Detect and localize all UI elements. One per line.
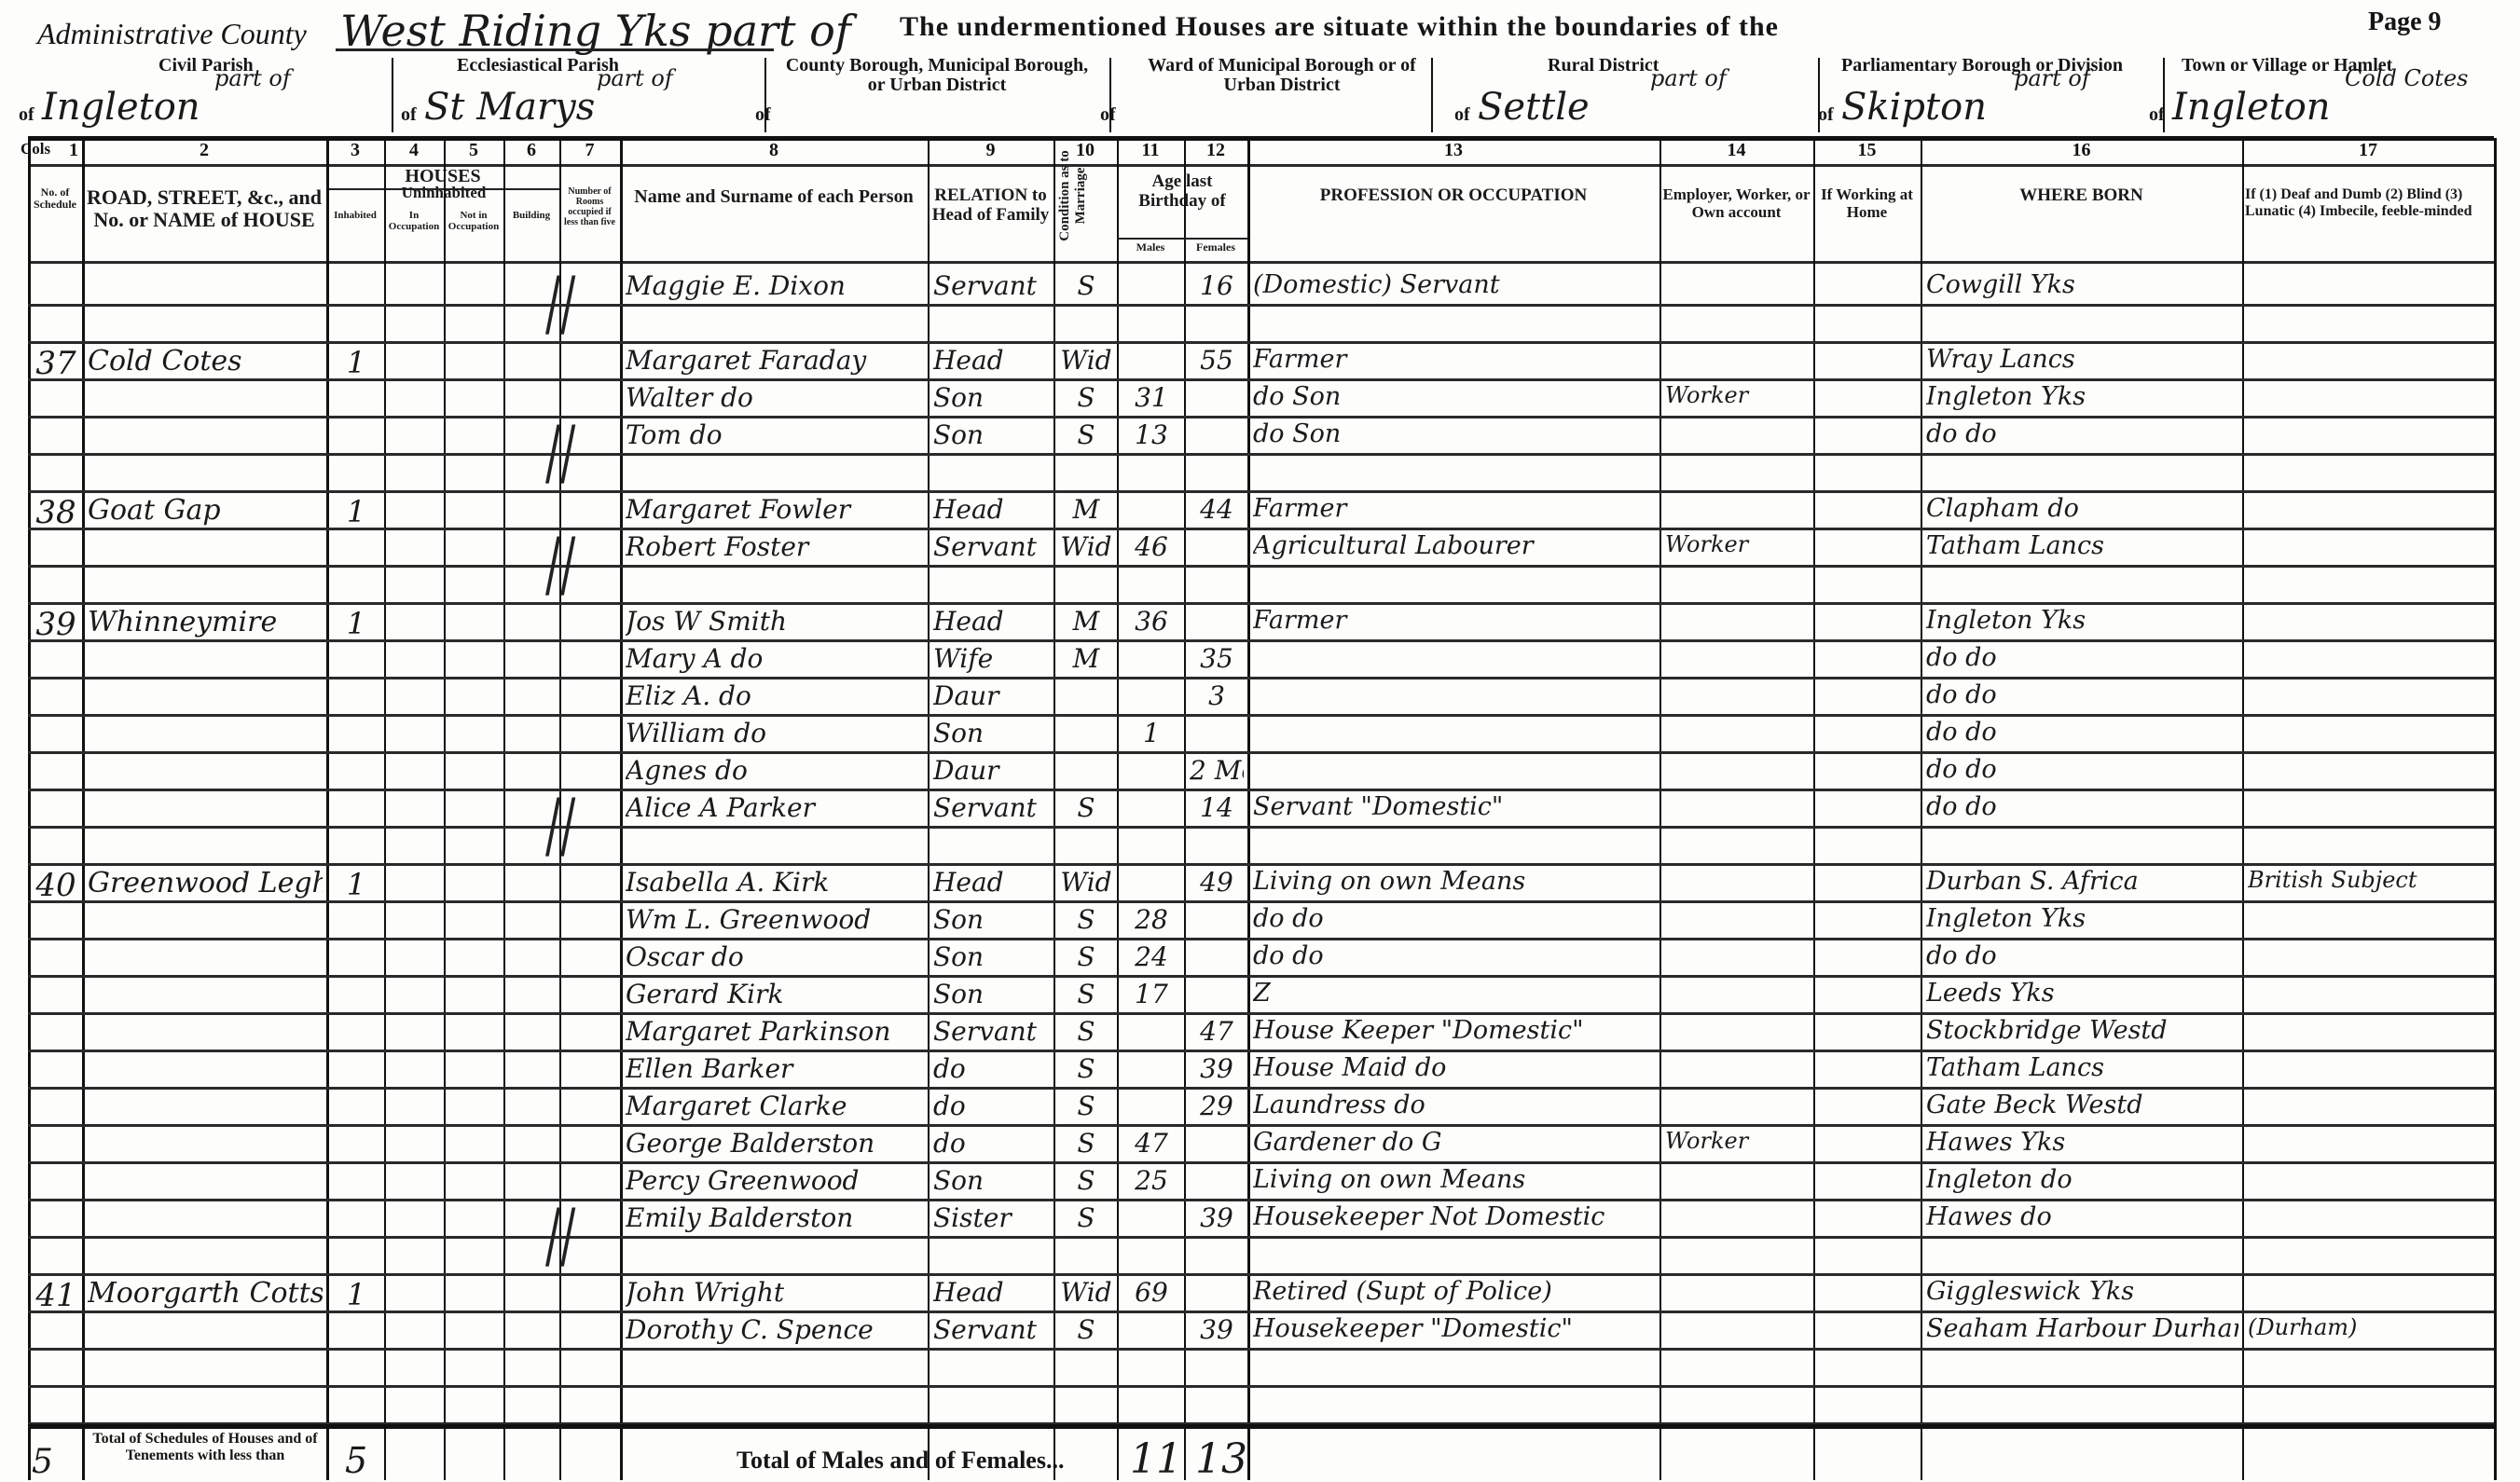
birthplace-cell: Ingleton Yks — [1926, 606, 2238, 635]
person-name-cell: Isabella A. Kirk — [626, 867, 924, 898]
condition-cell: S — [1059, 1314, 1113, 1345]
relation-cell: Son — [933, 382, 1050, 413]
table-row: Ellen BarkerdoS39House Maid doTatham Lan… — [0, 1053, 2520, 1091]
schedule-cell: 39 — [34, 606, 78, 643]
column-number: 1 — [65, 140, 82, 161]
header-not-in-occupation: Not in Occupation — [447, 210, 501, 232]
field-note-6: Cold Cotes — [2345, 65, 2468, 91]
person-name-cell: Oscar do — [626, 941, 924, 972]
header-road: ROAD, STREET, &c., and No. or NAME of HO… — [85, 186, 324, 231]
condition-cell: Wid — [1059, 867, 1113, 898]
person-name-cell: Margaret Parkinson — [626, 1016, 924, 1047]
page-label: Page — [2368, 7, 2422, 36]
person-name-cell: Gerard Kirk — [626, 979, 924, 1009]
person-name-cell: Mary A do — [626, 643, 924, 674]
condition-cell: S — [1059, 1202, 1113, 1233]
table-row: 37Cold Cotes1Margaret FaradayHeadWid55Fa… — [0, 345, 2520, 382]
male-age-cell: 24 — [1122, 941, 1180, 972]
column-number: 5 — [444, 140, 503, 161]
condition-cell: Wid — [1059, 531, 1113, 562]
header-name: Name and Surname of each Person — [623, 186, 925, 207]
field-value-6: Ingleton — [2172, 86, 2331, 129]
birthplace-cell: Cowgill Yks — [1926, 270, 2238, 299]
birthplace-cell: do do — [1926, 755, 2238, 784]
birthplace-cell: do do — [1926, 643, 2238, 672]
male-age-cell: 69 — [1122, 1277, 1180, 1308]
condition-cell: S — [1059, 1053, 1113, 1084]
table-row: 40Greenwood Legh1Isabella A. KirkHeadWid… — [0, 867, 2520, 904]
person-name-cell: Wm L. Greenwood — [626, 904, 924, 935]
birthplace-cell: Tatham Lancs — [1926, 531, 2238, 560]
table-row: 38Goat Gap1Margaret FowlerHeadM44FarmerC… — [0, 494, 2520, 531]
condition-cell: S — [1059, 1165, 1113, 1196]
column-number: 11 — [1117, 140, 1184, 161]
condition-cell: S — [1059, 419, 1113, 450]
of-label: of — [1100, 104, 1116, 126]
table-row: Eliz A. doDaur3do do — [0, 680, 2520, 718]
occupation-cell: (Domestic) Servant — [1253, 270, 1656, 299]
field-value-0: Ingleton — [42, 86, 200, 129]
birthplace-cell: Wray Lancs — [1926, 345, 2238, 374]
column-number: 7 — [559, 140, 620, 161]
footer-females-total: 13 — [1195, 1435, 1247, 1482]
relation-cell: Daur — [933, 680, 1050, 711]
birthplace-cell: Ingleton Yks — [1926, 382, 2238, 411]
occupation-cell: Servant "Domestic" — [1253, 792, 1656, 821]
occupation-cell: Farmer — [1253, 494, 1656, 523]
condition-cell: Wid — [1059, 345, 1113, 376]
header-inhabited: Inhabited — [329, 210, 381, 221]
male-age-cell: 25 — [1122, 1165, 1180, 1196]
female-age-cell: 3 — [1190, 680, 1244, 711]
infirmity-cell: British Subject — [2248, 867, 2490, 893]
header-bottom-rule — [28, 261, 2494, 264]
birthplace-cell: Leeds Yks — [1926, 979, 2238, 1008]
condition-cell: M — [1059, 494, 1113, 525]
birthplace-cell: do do — [1926, 941, 2238, 970]
footer-schedules-total: 5 — [32, 1443, 53, 1481]
footer-males-total: 11 — [1130, 1435, 1182, 1482]
female-age-cell: 49 — [1190, 867, 1244, 898]
occupation-cell: do do — [1253, 904, 1656, 933]
person-name-cell: Margaret Faraday — [626, 345, 924, 376]
occupation-cell: Gardener do G — [1253, 1128, 1656, 1157]
field-label-3: Ward of Municipal Borough or of Urban Di… — [1137, 56, 1426, 95]
female-age-cell: 16 — [1190, 270, 1244, 301]
relation-cell: Son — [933, 979, 1050, 1009]
relation-cell: Wife — [933, 643, 1050, 674]
field-value-1: St Marys — [424, 86, 595, 129]
employer-cell: Worker — [1665, 382, 1810, 408]
field-note-5: part of — [2014, 65, 2090, 91]
condition-cell: S — [1059, 979, 1113, 1009]
occupation-cell: Housekeeper "Domestic" — [1253, 1314, 1656, 1343]
column-number: 13 — [1247, 140, 1659, 161]
header-where-born: WHERE BORN — [1923, 186, 2239, 206]
table-row: Emily BalderstonSisterS39Housekeeper Not… — [0, 1202, 2520, 1240]
inhabited-cell: 1 — [332, 867, 380, 902]
person-name-cell: Margaret Fowler — [626, 494, 924, 525]
inhabited-cell: 1 — [332, 606, 380, 641]
field-divider — [1818, 58, 1820, 132]
relation-cell: Servant — [933, 1314, 1050, 1345]
birthplace-cell: Hawes do — [1926, 1202, 2238, 1231]
female-age-cell: 39 — [1190, 1053, 1244, 1084]
relation-cell: Servant — [933, 792, 1050, 823]
birthplace-cell: Gate Beck Westd — [1926, 1091, 2238, 1119]
header-occupation: PROFESSION OR OCCUPATION — [1250, 186, 1657, 206]
table-row: Maggie E. DixonServantS16(Domestic) Serv… — [0, 270, 2520, 308]
condition-cell: S — [1059, 1128, 1113, 1159]
relation-cell: Head — [933, 867, 1050, 898]
header-relation: RELATION to Head of Family — [930, 186, 1051, 226]
condition-cell: S — [1059, 792, 1113, 823]
person-name-cell: Maggie E. Dixon — [626, 270, 924, 301]
condition-cell: S — [1059, 270, 1113, 301]
condition-cell: S — [1059, 1091, 1113, 1121]
admin-county-underline — [336, 48, 774, 51]
occupation-cell: do Son — [1253, 382, 1656, 411]
occupation-cell: Living on own Means — [1253, 1165, 1656, 1194]
relation-cell: Son — [933, 718, 1050, 748]
relation-cell: Son — [933, 1165, 1050, 1196]
table-row: Gerard KirkSonS17ZLeeds Yks — [0, 979, 2520, 1016]
field-note-4: part of — [1650, 65, 1727, 91]
column-number: 17 — [2242, 140, 2494, 161]
of-label: of — [755, 104, 771, 126]
relation-cell: Head — [933, 1277, 1050, 1308]
header-at-home: If Working at Home — [1816, 186, 1918, 221]
birthplace-cell: do do — [1926, 718, 2238, 747]
occupation-cell: House Maid do — [1253, 1053, 1656, 1082]
birthplace-cell: do do — [1926, 792, 2238, 821]
schedule-cell: 41 — [34, 1277, 78, 1314]
field-label-2: County Borough, Municipal Borough, or Ur… — [778, 56, 1095, 95]
person-name-cell: Walter do — [626, 382, 924, 413]
male-age-cell: 47 — [1122, 1128, 1180, 1159]
person-name-cell: John Wright — [626, 1277, 924, 1308]
birthplace-cell: do do — [1926, 419, 2238, 448]
census-page: Administrative County West Riding Yks pa… — [0, 0, 2520, 1482]
birthplace-cell: Durban S. Africa — [1926, 867, 2238, 896]
column-number: 14 — [1659, 140, 1813, 161]
relation-cell: Servant — [933, 270, 1050, 301]
female-age-cell: 47 — [1190, 1016, 1244, 1047]
age-subheader-rule — [1117, 238, 1247, 240]
male-age-cell: 36 — [1122, 606, 1180, 637]
occupation-cell: Z — [1253, 979, 1656, 1008]
relation-cell: Daur — [933, 755, 1050, 786]
occupation-cell: Housekeeper Not Domestic — [1253, 1202, 1656, 1231]
birthplace-cell: Hawes Yks — [1926, 1128, 2238, 1157]
relation-cell: do — [933, 1091, 1050, 1121]
field-note-1: part of — [597, 65, 673, 91]
person-name-cell: Dorothy C. Spence — [626, 1314, 924, 1345]
occupation-cell: do do — [1253, 941, 1656, 970]
row-rule — [28, 602, 2494, 605]
table-row: Wm L. GreenwoodSonS28do doIngleton Yks — [0, 904, 2520, 941]
male-age-cell: 13 — [1122, 419, 1180, 450]
male-age-cell: 28 — [1122, 904, 1180, 935]
person-name-cell: George Balderston — [626, 1128, 924, 1159]
row-rule — [28, 490, 2494, 493]
row-rule — [28, 1273, 2494, 1276]
inhabited-cell: 1 — [332, 345, 380, 380]
relation-cell: Son — [933, 941, 1050, 972]
relation-cell: Servant — [933, 1016, 1050, 1047]
header-building: Building — [506, 210, 557, 221]
header-in-occupation: In Occupation — [387, 210, 441, 232]
occupation-cell: Farmer — [1253, 606, 1656, 635]
person-name-cell: Jos W Smith — [626, 606, 924, 637]
inhabited-cell: 1 — [332, 1277, 380, 1312]
person-name-cell: Margaret Clarke — [626, 1091, 924, 1121]
column-number: 12 — [1184, 140, 1247, 161]
table-row: Alice A ParkerServantS14Servant "Domesti… — [0, 792, 2520, 830]
table-row: Agnes doDaur2 Modo do — [0, 755, 2520, 792]
female-age-cell: 55 — [1190, 345, 1244, 376]
condition-cell: Wid — [1059, 1277, 1113, 1308]
header-females: Females — [1184, 241, 1247, 254]
header-schedule: No. of Schedule — [31, 186, 79, 211]
condition-cell: S — [1059, 941, 1113, 972]
person-name-cell: Agnes do — [626, 755, 924, 786]
page-number: 9 — [2429, 7, 2442, 36]
header-age: Age last Birthday of — [1120, 172, 1245, 212]
birthplace-cell: Seaham Harbour Durham — [1926, 1314, 2238, 1343]
column-number: 16 — [1921, 140, 2242, 161]
column-number: 6 — [503, 140, 559, 161]
occupation-cell: Agricultural Labourer — [1253, 531, 1656, 560]
female-age-cell: 14 — [1190, 792, 1244, 823]
table-row — [0, 1389, 2520, 1426]
table-row — [0, 1352, 2520, 1389]
field-divider — [2163, 58, 2165, 132]
person-name-cell: William do — [626, 718, 924, 748]
house-name-cell: Greenwood Legh — [88, 867, 323, 899]
female-age-cell: 2 Mo — [1190, 755, 1244, 786]
table-row: William doSon1do do — [0, 718, 2520, 755]
condition-cell: M — [1059, 606, 1113, 637]
female-age-cell: 39 — [1190, 1202, 1244, 1233]
employer-cell: Worker — [1665, 1128, 1810, 1154]
of-label: of — [1454, 104, 1470, 126]
table-row: Oscar doSonS24do dodo do — [0, 941, 2520, 979]
male-age-cell: 17 — [1122, 979, 1180, 1009]
table-row: Tom doSonS13do Sondo do — [0, 419, 2520, 457]
birthplace-cell: Tatham Lancs — [1926, 1053, 2238, 1082]
footer-houses-total: 5 — [345, 1440, 367, 1481]
female-age-cell: 44 — [1190, 494, 1244, 525]
birthplace-cell: Stockbridge Westd — [1926, 1016, 2238, 1045]
footer-rule — [28, 1424, 2494, 1429]
column-number: 2 — [82, 140, 326, 161]
column-number: 4 — [384, 140, 444, 161]
house-name-cell: Goat Gap — [88, 494, 323, 527]
field-divider — [1431, 58, 1433, 132]
person-name-cell: Robert Foster — [626, 531, 924, 562]
relation-cell: Sister — [933, 1202, 1050, 1233]
relation-cell: Son — [933, 419, 1050, 450]
person-name-cell: Emily Balderston — [626, 1202, 924, 1233]
header-males: Males — [1117, 241, 1184, 254]
relation-cell: Servant — [933, 531, 1050, 562]
birthplace-cell: Clapham do — [1926, 494, 2238, 523]
of-label: of — [401, 104, 417, 126]
row-rule — [28, 341, 2494, 344]
table-row: Percy GreenwoodSonS25Living on own Means… — [0, 1165, 2520, 1202]
occupation-cell: Laundress do — [1253, 1091, 1656, 1119]
column-number: 3 — [326, 140, 384, 161]
schedule-cell: 40 — [34, 867, 78, 904]
female-age-cell: 39 — [1190, 1314, 1244, 1345]
person-name-cell: Tom do — [626, 419, 924, 450]
row-rule — [28, 863, 2494, 866]
male-age-cell: 46 — [1122, 531, 1180, 562]
field-value-5: Skipton — [1841, 86, 1987, 129]
relation-cell: Head — [933, 606, 1050, 637]
person-name-cell: Percy Greenwood — [626, 1165, 924, 1196]
house-name-cell: Whinneymire — [88, 606, 323, 638]
infirmity-cell: (Durham) — [2248, 1314, 2490, 1340]
birthplace-cell: Ingleton do — [1926, 1165, 2238, 1194]
intro-text: The undermentioned Houses are situate wi… — [900, 11, 1779, 43]
inhabited-cell: 1 — [332, 494, 380, 529]
house-name-cell: Moorgarth Cotts — [88, 1277, 323, 1310]
birthplace-cell: do do — [1926, 680, 2238, 709]
occupation-cell: Retired (Supt of Police) — [1253, 1277, 1656, 1306]
field-value-4: Settle — [1478, 86, 1590, 129]
table-row: Dorothy C. SpenceServantS39Housekeeper "… — [0, 1314, 2520, 1352]
relation-cell: do — [933, 1053, 1050, 1084]
male-age-cell: 31 — [1122, 382, 1180, 413]
occupation-cell: do Son — [1253, 419, 1656, 448]
table-row: 39Whinneymire1Jos W SmithHeadM36FarmerIn… — [0, 606, 2520, 643]
table-row: Margaret ParkinsonServantS47House Keeper… — [0, 1016, 2520, 1053]
female-age-cell: 35 — [1190, 643, 1244, 674]
cols-label: Cols — [21, 140, 50, 158]
field-label-0: Civil Parish — [158, 56, 485, 75]
column-number: 9 — [928, 140, 1053, 161]
person-name-cell: Alice A Parker — [626, 792, 924, 823]
field-divider — [1109, 58, 1111, 132]
header-rooms: Number of Rooms occupied if less than fi… — [562, 186, 617, 227]
header-infirmity: If (1) Deaf and Dumb (2) Blind (3) Lunat… — [2245, 186, 2491, 219]
column-number: 15 — [1813, 140, 1921, 161]
table-row: 41Moorgarth Cotts1John WrightHeadWid69Re… — [0, 1277, 2520, 1314]
occupation-cell: House Keeper "Domestic" — [1253, 1016, 1656, 1045]
house-name-cell: Cold Cotes — [88, 345, 323, 377]
field-divider — [764, 58, 766, 132]
table-row: Walter doSonS31do SonWorkerIngleton Yks — [0, 382, 2520, 419]
person-name-cell: Ellen Barker — [626, 1053, 924, 1084]
employer-cell: Worker — [1665, 531, 1810, 557]
admin-county-label: Administrative County — [37, 17, 307, 51]
of-label: of — [19, 104, 34, 126]
field-note-0: part of — [214, 65, 291, 91]
relation-cell: do — [933, 1128, 1050, 1159]
relation-cell: Head — [933, 345, 1050, 376]
page-label-wrap: Page 9 — [2368, 7, 2442, 37]
table-row: George BalderstondoS47Gardener do GWorke… — [0, 1128, 2520, 1165]
person-name-cell: Eliz A. do — [626, 680, 924, 711]
condition-cell: M — [1059, 643, 1113, 674]
condition-cell: S — [1059, 1016, 1113, 1047]
female-age-cell: 29 — [1190, 1091, 1244, 1121]
male-age-cell: 1 — [1122, 718, 1180, 748]
footer-persons-label: Total of Males and of Females... — [737, 1447, 1064, 1475]
schedule-cell: 38 — [34, 494, 78, 531]
table-row: Margaret ClarkedoS29Laundress doGate Bec… — [0, 1091, 2520, 1128]
header-condition: Condition as to Marriage — [1057, 149, 1088, 242]
header-employer: Employer, Worker, or Own account — [1662, 186, 1811, 221]
footer-schedules-label: Total of Schedules of Houses and of Tene… — [89, 1431, 322, 1465]
schedule-cell: 37 — [34, 345, 78, 382]
birthplace-cell: Giggleswick Yks — [1926, 1277, 2238, 1306]
column-number: 8 — [620, 140, 928, 161]
occupation-cell: Farmer — [1253, 345, 1656, 374]
occupation-cell: Living on own Means — [1253, 867, 1656, 896]
condition-cell: S — [1059, 382, 1113, 413]
field-divider — [392, 58, 393, 132]
birthplace-cell: Ingleton Yks — [1926, 904, 2238, 933]
relation-cell: Son — [933, 904, 1050, 935]
houses-rule — [326, 188, 559, 190]
of-label: of — [1818, 104, 1834, 126]
table-row: Robert FosterServantWid46Agricultural La… — [0, 531, 2520, 569]
relation-cell: Head — [933, 494, 1050, 525]
condition-cell: S — [1059, 904, 1113, 935]
table-row: Mary A doWifeM35do do — [0, 643, 2520, 680]
